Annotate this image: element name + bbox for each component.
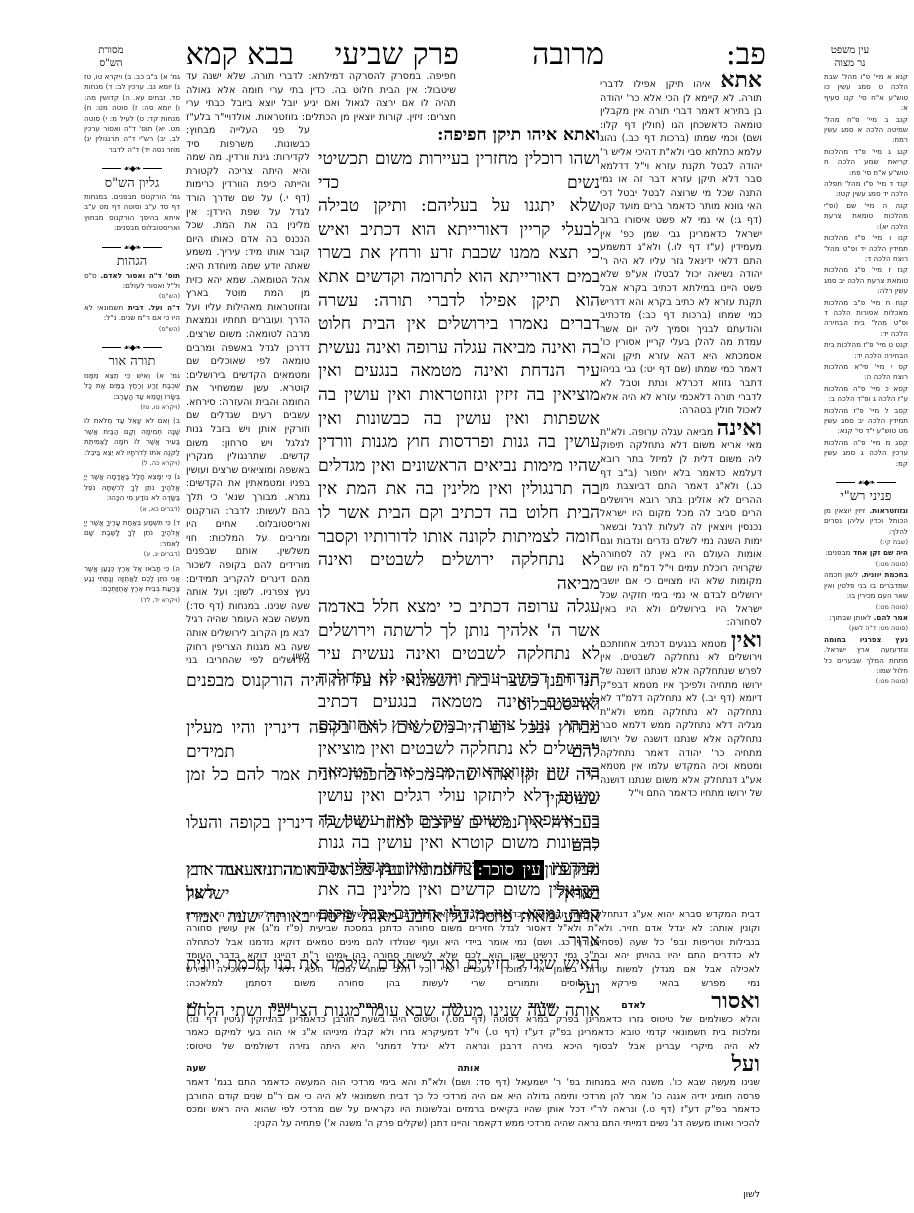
torah-or-verse: גמ' א) וְאִישׁ כִּי תֵצֵא מִמֶּנּוּ שִׁכ… <box>84 371 180 401</box>
gemara-line: ושהו רוכלין מחזרין בעיירות משום תכשיטי נ… <box>318 148 600 195</box>
hagahot-dh: ד"ה ועל. דבית <box>123 303 180 312</box>
gemara-line: מוציאין בה זיזין וגזוזטראות ואין עושין ב… <box>318 384 600 408</box>
tosafot-paragraph: ואינה מביאה עגלה ערופה. ולא"ת מאי אריא מ… <box>600 418 762 630</box>
bottom-tosafot-line: וקונין אותה: לא יגדל אדם חזיר. ולא"ת ולא… <box>186 922 760 936</box>
chapter-name: מרובה <box>532 38 604 72</box>
torah-or-entry: ג) כִּי יִמָּצֵא חָלָל בָּאֲדָמָה אֲשֶׁר… <box>84 472 180 514</box>
ein-mishpat-entry: קסג מ מיי' פ"ה מהלכות ערכין הלכה ג סמג ע… <box>824 438 908 469</box>
gemara-line: תנו רבנן כשצרו בית חשמונאי זה על זה היה … <box>186 670 600 717</box>
torah-or-ref: (ויקרא כה, ל) <box>84 458 180 468</box>
rashi-line: תהיה לו אם ירצה לגאול ואם יגיע יובל יוצא… <box>186 97 456 111</box>
gemara-line: עושין בה גנות ופרדסות חוץ מגנות וורדין <box>318 431 600 455</box>
tractate-name: בבא קמא <box>186 38 294 72</box>
gemara-text: מבקעת <box>544 860 600 880</box>
gemara-line: בה תרנגולין ואין מלינין בה את המת אין <box>318 478 600 502</box>
folio-number: פב: <box>726 38 766 72</box>
hagahot-title: הגהות <box>84 257 180 267</box>
pninei-ref: (שבת קי:) <box>824 537 908 547</box>
torah-or-ref: (ויקרא יד, לד) <box>84 595 180 605</box>
bottom-tosafot-line: ומלכות בית חשמונאי קדמי טובא כדאמרינן בפ… <box>186 1026 760 1040</box>
gemara-line: בעבודה אין נמסרים בידכם למחר שילשלו דינר… <box>186 812 600 859</box>
gemara-line: הבית חלוט בה דכתיב וקם הבית אשר לו <box>318 502 600 526</box>
gemara-line: לא נתחלקה ירושלים לשבטים ואינה מביאה <box>318 549 600 596</box>
tosafot-text: איהו תיקן אפילו לדברי תורה. לא קיימא לן … <box>600 79 762 416</box>
pninei-dh: בחכמת יוונית. <box>858 570 908 579</box>
ornament-divider: ❧◆☙ <box>84 342 180 353</box>
torah-or-entry: ד) כִּי תִשְׁמַע בְּאַחַת עָרֶיךָ אֲשֶׁר… <box>84 518 180 560</box>
bottom-tosafot-end: לשון <box>186 1188 760 1202</box>
bottom-tosafot-block: דבית המקדש סברא יהוא אע"ג דנתחלק דמזרו ו… <box>186 908 760 1131</box>
ein-mishpat-entry: קנד ד מיי' פ"ו מהל' תפלה הלכה יד סמג עשי… <box>824 179 908 200</box>
hagahot-entry: ד"ה ועל. דבית חשמונאי לא היו כי אם ר"מ ש… <box>84 303 180 334</box>
bottom-tosafot-dh-word: ועל <box>732 1051 760 1077</box>
ornament-divider: ❧◆☙ <box>84 242 180 253</box>
torah-or-ref: (ויקרא טו, טז) <box>84 402 180 412</box>
pninei-entry: בחכמת יוונית. לשון חכמה שמדברים בו בני פ… <box>824 570 908 612</box>
gemara-intro-text: ואתא איהו תיקן חפיפה: <box>437 125 600 145</box>
gemara-line: עגלה ערופה דכתיב כי ימצא חלל באדמה <box>318 596 600 620</box>
bottom-tosafot-line: לאכילה אבל אם מגדלן למשות עורות בשומן או… <box>186 963 760 977</box>
gilyon-text: גמ' הורקנוס מבפנים. במנחות דף סד ע"ב וסו… <box>84 192 180 234</box>
hagahot-ref: (הש"ס) <box>84 291 180 301</box>
gemara-line: דברים נאמרו בירושלים אין הבית חלוט <box>318 313 600 337</box>
tosafot-dh-word: ואין <box>731 627 762 653</box>
pninei-entry: היה שם זקן אחד מבפנים:(סוטה מט:) <box>824 548 908 569</box>
torah-or-ref: (דברים כא, א) <box>84 504 180 514</box>
bottom-tosafot-line: שנינו מעשה שבא כו'. משנה היא במנחות בפ' … <box>186 1076 760 1090</box>
bottom-tosafot-dh-word: ואסור <box>711 988 760 1014</box>
bottom-tosafot-line: והלא כשולמים של טיטוס גזרו כדאמרינן בפרק… <box>186 1013 760 1027</box>
gemara-line: שלא יתגנו על בעליהם: ותיקן טבילה <box>318 195 600 219</box>
bottom-tosafot-line: להכיר ואותו מעשה דג' נשים דמייתי התם נרא… <box>186 1117 760 1131</box>
tosafot-dh-word: ואינה <box>717 415 762 441</box>
ein-mishpat-entry: קסא כ מיי' פ"ה מהלכות ע"ז הלכה ג ופ"ד הל… <box>824 384 908 405</box>
rashi-top-block: חפיפה. במסרק להסרקה דמילתא: לדברי תורה. … <box>186 70 456 124</box>
pninei-entry: אמר להם. לאותן שבתוך:(סוטה מט: ד"ה לשון) <box>824 613 908 634</box>
gemara-line: במים דאורייתא הוא לתרומה וקדשים אתא <box>318 266 600 290</box>
gemara-line: הוא תיקן אפילו לדברי תורה: עשרה <box>318 290 600 314</box>
bottom-tosafot-line: ועל אותה שעה <box>186 1054 760 1076</box>
tosafot-text: מטמא בנגעים דכתיב אחוזתכם וירושלים לא נת… <box>600 639 762 800</box>
pninei-rashi-title: פניני רש"י <box>824 492 908 502</box>
ornament-divider: ❧◆☙ <box>84 163 180 174</box>
pninei-text: מבפנים: <box>825 548 850 557</box>
bottom-tosafot-dh: אותה שעה <box>186 1063 732 1074</box>
pninei-text: ונזדעזעה ארץ ישראל. מתחת המלך שבערים כל … <box>824 645 908 675</box>
bottom-tosafot-line: לא היה מיקרי עברינן אבל לבסוף היכא גזירה… <box>186 1040 760 1054</box>
torah-or-entry: ב) וְאִם לֹא יִגָּאֵל עַד מְלֹאת לוֹ שָׁ… <box>84 416 180 468</box>
hagahot-entry: תוס' ד"ה ואסור לאדם. ס"ס ול"ל ואסור לעול… <box>84 271 180 302</box>
pninei-dh: אמר להם. <box>871 613 908 622</box>
masoret-title: מסורת הש"ס <box>86 44 136 70</box>
torah-or-verse: ג) כִּי יִמָּצֵא חָלָל בָּאֲדָמָה אֲשֶׁר… <box>84 472 180 502</box>
masoret-column: גמ' א) ב"ב כב. ב) ויקרא טו, טז ג) יומא נ… <box>84 72 180 609</box>
torah-or-verse: ה) כִּי תָבֹאוּ אֶל אֶרֶץ כְּנַעַן אֲשֶׁ… <box>84 564 180 594</box>
pninei-dh: היה שם זקן אחד <box>851 548 909 557</box>
pninei-ref: (סוטה מט:) <box>824 676 908 686</box>
ein-mishpat-entry: קנט ט מיי' פ"ז מהלכות בית הבחירה הלכה יד… <box>824 340 908 361</box>
ein-mishpat-entry: קנח ח מיי' פ"ב מהלכות מאכלות אסורות הלכה… <box>824 298 908 340</box>
hagahot-dh: תוס' ד"ה ואסור לאדם. <box>97 271 180 280</box>
pninei-text: לאותן שבתוך: <box>829 613 871 622</box>
ein-mishpat-entries: קנא א מיי' פ"ו מהל' שבת הלכה ט סמג עשין … <box>824 72 908 469</box>
pninei-ref: (סוטה מט: ד"ה לשון) <box>824 623 908 633</box>
tosafot-opening-word: אתא <box>720 70 762 93</box>
rashi-line: שיטבול: אין הבית חלוט בה. כדין בתי ערי ח… <box>186 84 456 98</box>
gemara-line: אשפתות ואין עושין בה כבשונות ואין <box>318 408 600 432</box>
tosafot-column: אתא איהו תיקן אפילו לדברי תורה. לא קיימא… <box>600 70 762 868</box>
torah-or-list: גמ' א) וְאִישׁ כִּי תֵצֵא מִמֶּנּוּ שִׁכ… <box>84 371 180 606</box>
ein-mishpat-title: עין משפט נר מצוה <box>816 44 884 70</box>
masoret-refs: גמ' א) ב"ב כב. ב) ויקרא טו, טז ג) יומא נ… <box>84 72 180 155</box>
ein-mishpat-entry: קנא א מיי' פ"ו מהל' שבת הלכה ט סמג עשין … <box>824 72 908 114</box>
hagahot-list: תוס' ד"ה ואסור לאדם. ס"ס ול"ל ואסור לעול… <box>84 271 180 334</box>
torah-or-entry: ה) כִּי תָבֹאוּ אֶל אֶרֶץ כְּנַעַן אֲשֶׁ… <box>84 564 180 606</box>
gemara-line: חומה לצמיתות לקונה אותו לדורותיו וקסבר <box>318 526 600 550</box>
bottom-tosafot-line: בנבילות וטריפות ובפ' כל שעה (פסחים דף כג… <box>186 936 760 950</box>
torah-or-verse: ד) כִּי תִשְׁמַע בְּאַחַת עָרֶיךָ אֲשֶׁר… <box>84 518 180 548</box>
rashi-line: חפיפה. במסרק להסרקה דמילתא: לדברי תורה. … <box>186 70 456 84</box>
ein-mishpat-entry: קנב ב מיי' פ"ח מהל' שמיטה הלכה א סמג עשי… <box>824 115 908 146</box>
gemara-line: עיר הנדחת ואינה מטמאה בנגעים ואין <box>318 360 600 384</box>
ein-mishpat-entry: קנג ג מיי' פ"ד מהלכות קריאת שמע הלכה ח ט… <box>824 147 908 178</box>
torah-or-entry: גמ' א) וְאִישׁ כִּי תֵצֵא מִמֶּנּוּ שִׁכ… <box>84 371 180 413</box>
bottom-tosafot-line: דבית המקדש סברא יהוא אע"ג דנתחלק דמזרו ו… <box>186 908 760 922</box>
hagahot-ref: (הש"ס) <box>84 324 180 334</box>
ein-mishpat-entry: קס י מיי' פי"א מהלכות רוצח הלכה ה: <box>824 362 908 383</box>
gemara-line: לבעלי קריין דאורייתא הוא דכתיב ואיש <box>318 219 600 243</box>
bottom-tosafot-line: כדאמר בפ"ק דע"ז (דף ט.) ונראה לר"י דכל א… <box>186 1103 760 1117</box>
gemara-line: בה ואינה מביאה עגלה ערופה ואינה נעשית <box>318 337 600 361</box>
rashi-top-lines: חפיפה. במסרק להסרקה דמילתא: לדברי תורה. … <box>186 70 456 124</box>
ein-mishpat-column: קנא א מיי' פ"ו מהל' שבת הלכה ט סמג עשין … <box>824 72 908 688</box>
tosafot-paragraph: ואין מטמא בנגעים דכתיב אחוזתכם וירושלים … <box>600 630 762 801</box>
pninei-rashi-list: וגזוזטראות. זיזין יוצאין מן הכותל וכדין … <box>824 506 908 687</box>
bottom-tosafot-dh: לאדם שילמד בנו חכמת יוונית. ולא <box>186 1000 711 1011</box>
rashi-column: על פני העלייה מבחוץ: כבשונות. משרפות סיד… <box>186 124 310 664</box>
pninei-entry: נעץ צפרניו בחומה ונזדעזעה ארץ ישראל. מתח… <box>824 635 908 687</box>
bottom-tosafot-line: ואסור לאדם שילמד בנו חכמת יוונית. ולא <box>186 991 760 1013</box>
bottom-tosafot-line: לא כדדרים התם יהיו בהויתן יהא ובת"כ נמי … <box>186 949 760 963</box>
gemara-line: היה שם זקן אחד שהיה מכיר בחכמת יוונית אמ… <box>186 764 600 811</box>
rashi-paragraph: על פני העלייה מבחוץ: כבשונות. משרפות סיד… <box>186 124 310 664</box>
gemara-line: אשר ה' אלהיך נותן לך לרשתה וירושלים <box>318 620 600 644</box>
gilyon-title: גליון הש"ס <box>84 179 180 189</box>
ein-mishpat-entry: קנו ו מיי' פ"ז מהלכות תמידין הלכה יד ופ"… <box>824 233 908 264</box>
pninei-ref: (סוטה מט:) <box>824 602 908 612</box>
pninei-entry: וגזוזטראות. זיזין יוצאין מן הכותל וכדין … <box>824 506 908 548</box>
highlighted-phrase[interactable]: עין סוכר: <box>474 860 544 880</box>
pninei-dh: נעץ צפרניו בחומה <box>824 635 908 644</box>
gemara-end-word: לשון <box>186 882 600 906</box>
rashi-end-word: לשון <box>186 650 310 664</box>
gemara-line: מבחוץ ובכל יום היו משלשים להם בקופה דינר… <box>186 717 600 764</box>
torah-or-ref: (דברים יג, יג) <box>84 549 180 559</box>
ornament-divider: ❧◆☙ <box>824 477 908 488</box>
ein-mishpat-entry: קנז ז מיי' פ"ג מהלכות טומאת צרעת הלכה יב… <box>824 265 908 296</box>
pninei-dh: וגזוזטראות. <box>865 506 908 515</box>
gemara-intro: ואתא איהו תיקן חפיפה: <box>318 124 600 148</box>
gemara-line: שהיו מימות נביאים הראשונים ואין מגדלים <box>318 455 600 479</box>
chapter-number: פרק שביעי <box>335 38 459 72</box>
tosafot-text: מביאה עגלה ערופה. ולא"ת מאי אריא משום דל… <box>600 427 762 628</box>
ein-mishpat-entry: קנה ה מיי' שם (ופ"י מהלכות טומאת צרעת הל… <box>824 201 908 232</box>
bottom-tosafot-line: פרסה חומיג ידיה אגנה כו' אמר להן מרדכי ו… <box>186 1090 760 1104</box>
torah-or-verse: ב) וְאִם לֹא יִגָּאֵל עַד מְלֹאת לוֹ שָׁ… <box>84 416 180 456</box>
gemara-line: כי תצא ממנו שכבת זרע ורחץ את בשרו <box>318 242 600 266</box>
pninei-ref: (סוטה מט:) <box>824 559 908 569</box>
bottom-tosafot-line: נמי מפרש בהאי פירקא דסוסים ותמורים שרי ל… <box>186 977 760 991</box>
tosafot-paragraph: אתא איהו תיקן אפילו לדברי תורה. לא קיימא… <box>600 70 762 418</box>
gemara-line: לא נתחלקה לשבטים ואינה נעשית עיר <box>318 643 600 667</box>
ein-mishpat-entry: קסב ל מיי' פ"ז מהלכות תמידין הלכה יב סמג… <box>824 406 908 437</box>
rashi-line: חצרים: זיזין. קורות יוצאין מן הכתלים: גז… <box>186 111 456 125</box>
torah-or-title: תורה אור <box>84 357 180 367</box>
